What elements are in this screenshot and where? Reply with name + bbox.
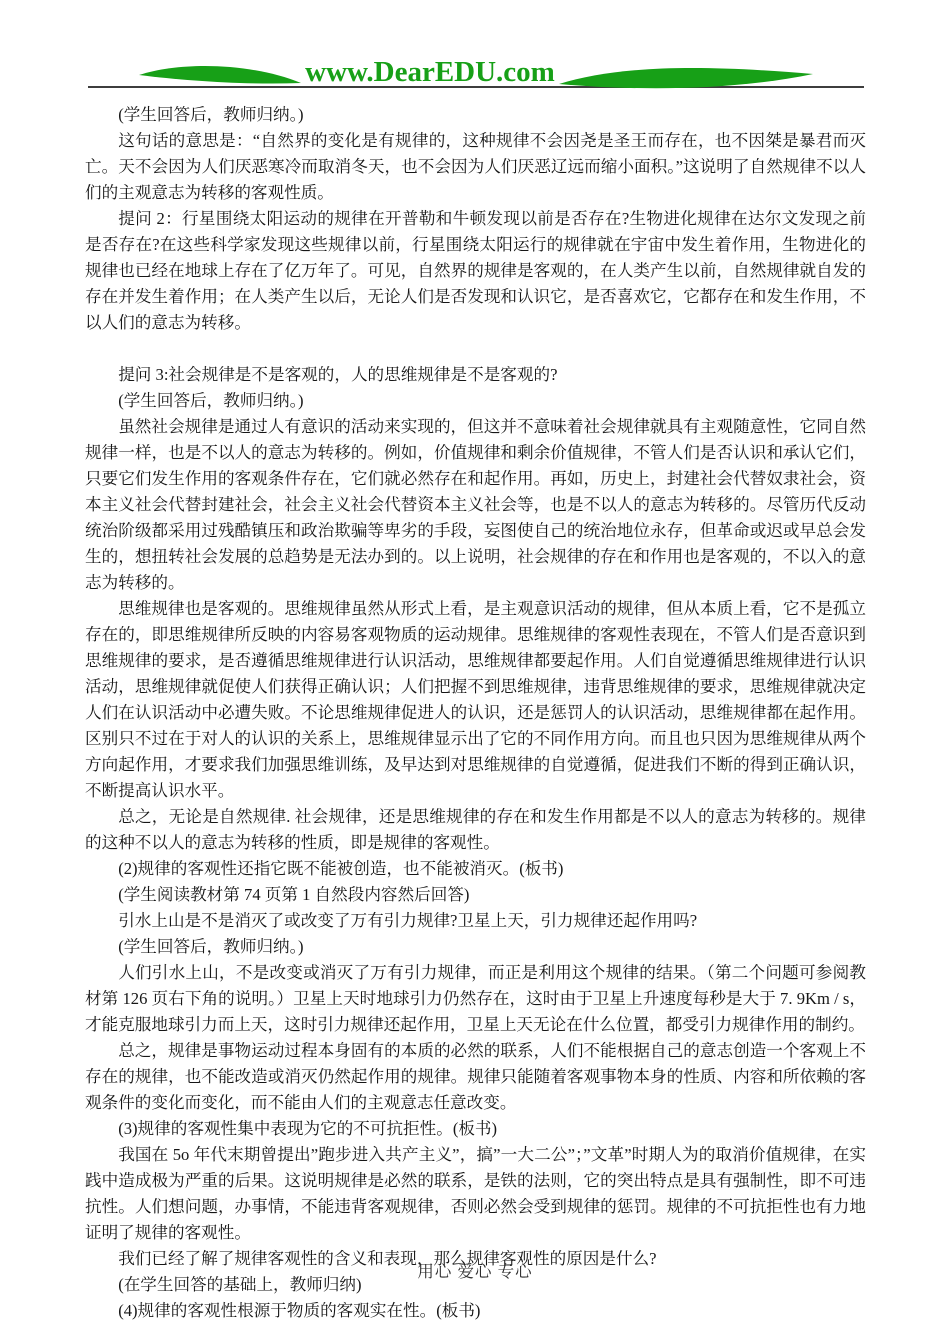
logo-text: www.DearEDU.com — [305, 58, 555, 87]
paragraph: (学生回答后，教师归纳。) — [85, 388, 866, 414]
dearedu-logo: www.DearEDU.com — [88, 58, 864, 92]
logo-left-swoosh-icon — [137, 59, 303, 87]
document-body: (学生回答后，教师归纳。)这句话的意思是：“自然界的变化是有规律的，这种规律不会… — [85, 102, 866, 1324]
paragraph: 思维规律也是客观的。思维规律虽然从形式上看，是主观意识活动的规律，但从本质上看，… — [85, 596, 866, 804]
page-footer: 用心 爱心 专心 — [0, 1258, 950, 1282]
paragraph: 虽然社会规律是通过人有意识的活动来实现的，但这并不意味着社会规律就具有主观随意性… — [85, 414, 866, 596]
paragraph: (3)规律的客观性集中表现为它的不可抗拒性。(板书) — [85, 1116, 866, 1142]
paragraph: 人们引水上山，不是改变或消灭了万有引力规律，而正是利用这个规律的结果。（第二个问… — [85, 960, 866, 1038]
paragraph: (2)规律的客观性还指它既不能被创造，也不能被消灭。(板书) — [85, 856, 866, 882]
page-header: www.DearEDU.com — [88, 0, 864, 88]
paragraph: (学生回答后，教师归纳。) — [85, 102, 866, 128]
paragraph: 总之，规律是事物运动过程本身固有的本质的必然的联系，人们不能根据自己的意志创造一… — [85, 1038, 866, 1116]
paragraph: (学生回答后，教师归纳。) — [85, 934, 866, 960]
paragraph: 总之，无论是自然规律. 社会规律，还是思维规律的存在和发生作用都是不以人的意志为… — [85, 804, 866, 856]
document-page: www.DearEDU.com (学生回答后，教师归纳。)这句话的意思是：“自然… — [0, 0, 950, 1344]
logo-right-swoosh-icon — [557, 62, 815, 92]
paragraph: 提问 3:社会规律是不是客观的，人的思维规律是不是客观的? — [85, 362, 866, 388]
paragraph: 引水上山是不是消灭了或改变了万有引力规律?卫星上天，引力规律还起作用吗? — [85, 908, 866, 934]
footer-motto: 用心 爱心 专心 — [417, 1262, 532, 1281]
paragraph: 提问 2：行星围绕太阳运动的规律在开普勒和牛顿发现以前是否存在?生物进化规律在达… — [85, 206, 866, 336]
paragraph: (学生阅读教材第 74 页第 1 自然段内容然后回答) — [85, 882, 866, 908]
blank-line — [85, 336, 866, 362]
paragraph: (4)规律的客观性根源于物质的客观实在性。(板书) — [85, 1298, 866, 1324]
paragraph: 我国在 5o 年代末期曾提出”跑步进入共产主义”，搞”一大二公”；”文革”时期人… — [85, 1142, 866, 1246]
paragraph: 这句话的意思是：“自然界的变化是有规律的，这种规律不会因尧是圣王而存在，也不因桀… — [85, 128, 866, 206]
